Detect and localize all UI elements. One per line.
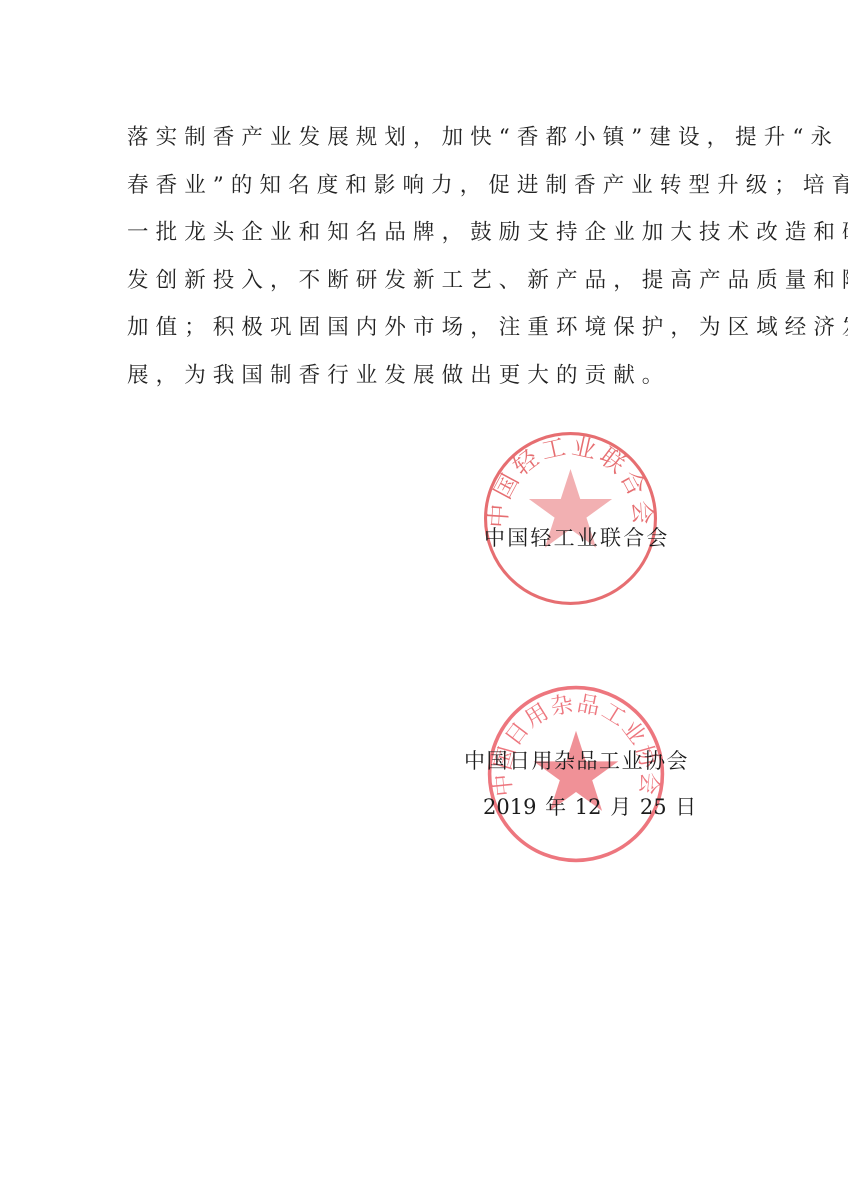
- body-line: 落实制香产业发展规划，加快“香都小镇”建设，提升“永: [127, 114, 737, 162]
- body-line: 加值；积极巩固国内外市场，注重环境保护，为区域经济发: [127, 304, 737, 352]
- signature-organization-2: 中国日用杂品工业协会: [464, 745, 689, 775]
- body-line: 发创新投入，不断研发新工艺、新产品，提高产品质量和附: [127, 257, 737, 305]
- body-line: 一批龙头企业和知名品牌，鼓励支持企业加大技术改造和研: [127, 209, 737, 257]
- body-paragraph: 落实制香产业发展规划，加快“香都小镇”建设，提升“永 春香业”的知名度和影响力，…: [127, 114, 737, 399]
- seal-1-graphic: 中国轻工业联合会: [482, 430, 659, 607]
- official-seal-icon: 中国轻工业联合会: [482, 430, 659, 607]
- signature-organization-1: 中国轻工业联合会: [484, 522, 670, 552]
- document-page: 落实制香产业发展规划，加快“香都小镇”建设，提升“永 春香业”的知名度和影响力，…: [0, 0, 848, 1200]
- signature-date: 2019 年 12 月 25 日: [483, 791, 696, 821]
- body-line: 展，为我国制香行业发展做出更大的贡献。: [127, 352, 737, 400]
- body-line: 春香业”的知名度和影响力，促进制香产业转型升级；培育: [127, 162, 737, 210]
